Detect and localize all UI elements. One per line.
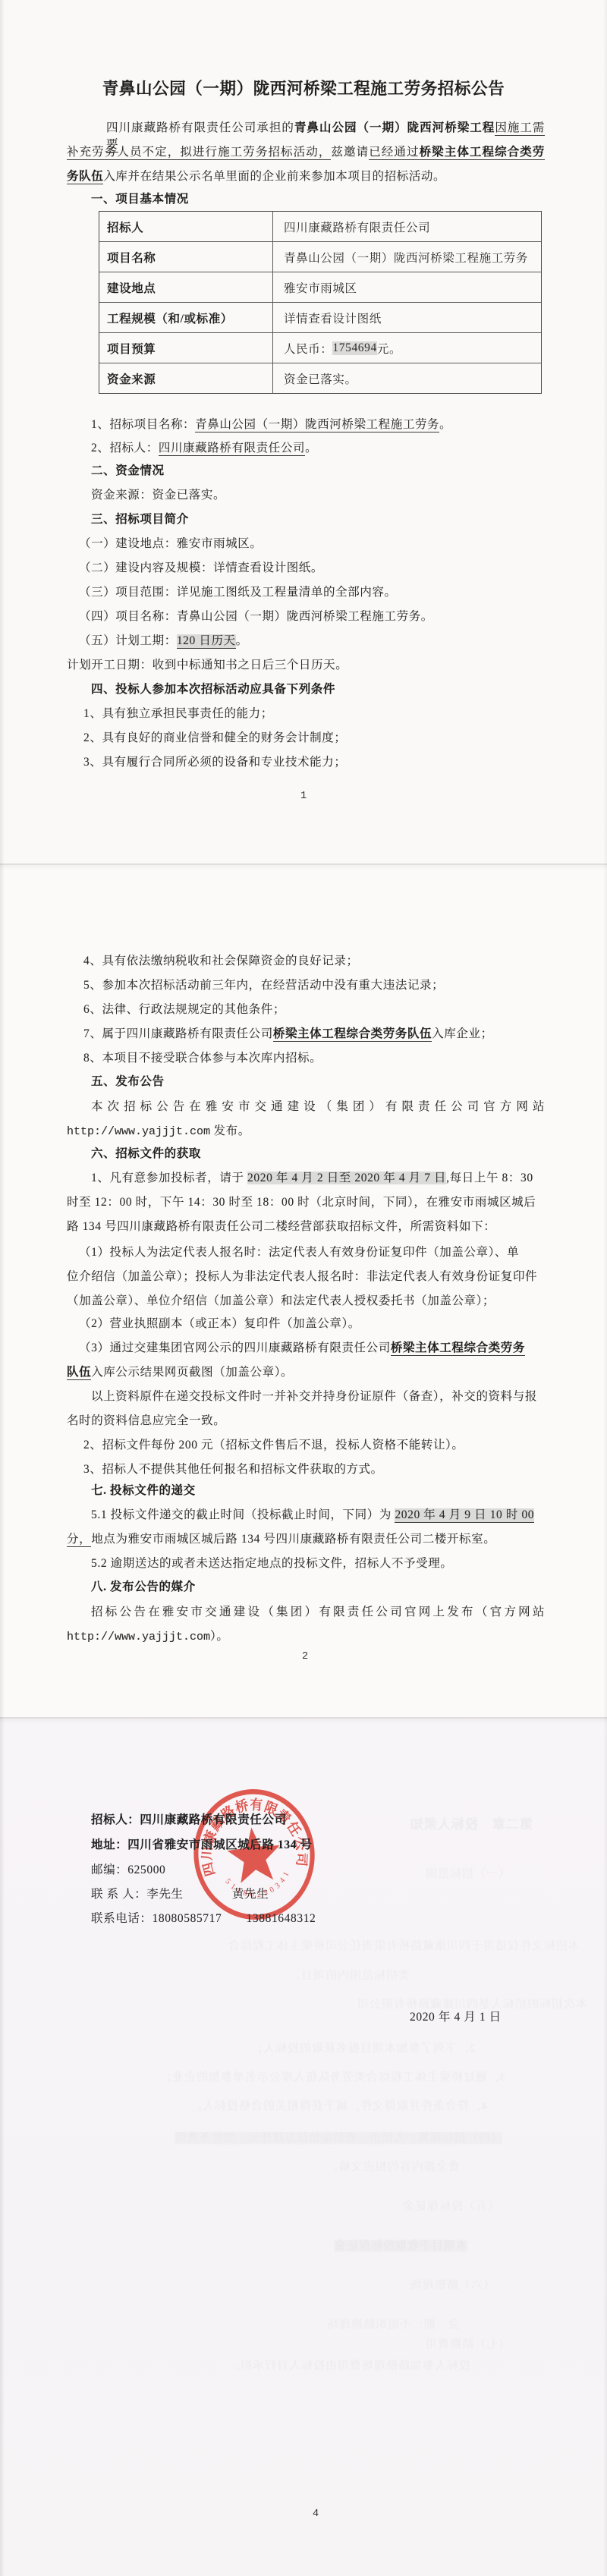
text-segment: 招标人：四川康藏路桥有限责任公司 xyxy=(91,1813,287,1826)
table-row: 项目名称青鼻山公园（一期）陇西河桥梁工程施工劳务 xyxy=(99,241,541,272)
text-segment: 八. 发布公告的媒介 xyxy=(91,1581,196,1593)
seal-star-icon xyxy=(225,1825,284,1884)
text-segment: 2020 年 4 月 9 日 10 时 00 xyxy=(395,1508,534,1523)
text-segment: 3、具有履行合同所必须的设备和专业技术能力； xyxy=(83,756,346,769)
text-segment: 8、本项目不接受联合体参与本次库内招标。 xyxy=(83,1052,322,1065)
text-line: （二）建设内容及规模：详情查看设计图纸。 xyxy=(79,560,323,577)
bleed-through-line: 本招标文件仅适用于四川康藏路桥有限责任公司桥梁主体工程综合 xyxy=(228,1937,580,1953)
text-segment: （三）项目范围：详见施工图纸及工程量清单的全部内容。 xyxy=(79,586,397,599)
text-segment: 已经通过 xyxy=(369,146,419,160)
text-line: 计划开工日期：收到中标通知书之日后三个日历天。 xyxy=(67,657,348,674)
text-segment: 2、招标人： xyxy=(91,442,159,454)
text-segment: 资金来源：资金已落实。 xyxy=(91,489,225,502)
bleed-through-line: 费全部内容的相应文稿。 xyxy=(326,2158,460,2174)
text-segment: http://www.yajjjt.com xyxy=(67,1125,210,1138)
text-line: http://www.yajjjt.com 发布。 xyxy=(67,1123,250,1140)
page-seam xyxy=(0,863,607,865)
text-line: （三）项目范围：详见施工图纸及工程量清单的全部内容。 xyxy=(79,584,397,601)
text-line: 8、本项目不接受联合体参与本次库内招标。 xyxy=(83,1050,322,1067)
text-segment: 兹邀请 xyxy=(331,146,369,159)
text-segment: 路 134 号四川康藏路桥有限责任公司二楼经营部获取招标文件，所需资料如下： xyxy=(67,1220,495,1233)
bleed-through-line: 本次招标的招标人是四川康藏路桥有限公司 xyxy=(357,1996,587,2011)
text-line: 2020 年 4 月 1 日 xyxy=(410,2009,502,2026)
text-line: 名时的资料信息应完全一致。 xyxy=(67,1413,225,1430)
text-line: （1）投标人为法定代表人报名时：法定代表人有效身份证复印件（加盖公章）、单 xyxy=(79,1244,519,1261)
text-line: 1、具有独立承担民事责任的能力； xyxy=(83,706,273,722)
text-line: 3、具有履行合同所必须的设备和专业技术能力； xyxy=(83,754,346,771)
bleed-through-line: （七）踏勘费用 xyxy=(425,2335,510,2351)
text-segment: 2、具有良好的商业信誉和健全的财务会计制度； xyxy=(83,731,346,744)
text-line: 本次招标公告在雅安市交通建设（集团）有限责任公司官方网站 xyxy=(91,1099,545,1115)
text-segment: （五）计划工期： xyxy=(79,634,177,647)
table-row-label: 项目名称 xyxy=(99,242,273,272)
text-segment: 位介绍信（加盖公章）；投标人为非法定代表人报名时：非法定代表人有效身份证复印件 xyxy=(67,1270,537,1283)
text-segment: 二、资金情况 xyxy=(91,464,165,477)
text-line: （四）项目名称：青鼻山公园（一期）陇西河桥梁工程施工劳务。 xyxy=(79,609,433,625)
text-line: 联 系 人：李先生 黄先生 xyxy=(91,1886,269,1903)
bleed-through-line: 本项目不收取投标保证金 xyxy=(334,2237,467,2253)
text-segment: 6、法律、行政法规规定的其他条件； xyxy=(83,1003,285,1016)
text-segment: 5.2 逾期送达的或者未送达指定地点的投标文件，招标人不予受理。 xyxy=(91,1557,452,1570)
text-line: 2、招标文件每份 200 元（招标文件售后不退，投标人资格不能转让）。 xyxy=(83,1437,464,1454)
text-segment: 5、参加本次招标活动前三年内，在经营活动中没有重大违法记录； xyxy=(83,979,444,992)
text-line: 招标人：四川康藏路桥有限责任公司 xyxy=(91,1812,287,1829)
text-segment: 三、招标项目简介 xyxy=(91,513,189,526)
text-line: 资金来源：资金已落实。 xyxy=(91,487,225,504)
text-line: 2、招标人：四川康藏路桥有限责任公司。 xyxy=(91,440,317,457)
text-segment: 元。 xyxy=(377,340,401,357)
text-segment: 补充劳务人员不定，拟进行施工劳务招标活动， xyxy=(67,146,331,160)
text-segment: 4、具有依法缴纳税收和社会保障资金的良好记录； xyxy=(83,955,359,967)
text-segment: 七. 投标文件的递交 xyxy=(91,1484,196,1497)
text-segment: 青鼻山公园（一期）陇西河桥梁工程施工劳务 xyxy=(195,418,439,432)
text-segment: 详情查看设计图纸 xyxy=(284,310,382,326)
text-segment: 四川康藏路桥有限责任公司 xyxy=(159,442,305,456)
text-line: （一）建设地点：雅安市雨城区。 xyxy=(79,536,263,552)
text-segment: （四）项目名称：青鼻山公园（一期）陇西河桥梁工程施工劳务。 xyxy=(79,610,433,623)
text-segment: 四川康藏路桥有限责任公司 xyxy=(284,219,430,235)
text-segment: 分， xyxy=(67,1533,91,1547)
text-line: （五）计划工期：120 日历天。 xyxy=(79,633,248,650)
text-line: 三、招标项目简介 xyxy=(91,511,189,528)
text-segment: 。 xyxy=(305,442,317,454)
text-segment: （2）营业执照副本（或正本）复印件（加盖公章）。 xyxy=(79,1317,360,1330)
text-segment: （加盖公章）、单位介绍信（加盖公章）和法定代表人授权委托书（加盖公章）； xyxy=(67,1294,495,1307)
table-row-label: 建设地点 xyxy=(99,272,273,302)
text-segment: 资金已落实。 xyxy=(284,370,357,387)
text-line: 青鼻山公园（一期）陇西河桥梁工程施工劳务招标公告 xyxy=(0,80,607,97)
text-segment: 计划开工日期：收到中标通知书之日后三个日历天。 xyxy=(67,659,348,672)
text-segment: 桥梁主体工程综合类劳 xyxy=(420,146,545,160)
text-line: 队伍入库公示结果网页截图（加盖公章）。 xyxy=(67,1364,293,1381)
text-segment: 3、招标人不提供其他任何报名和招标文件获取的方式。 xyxy=(83,1463,383,1476)
text-segment: 青鼻山公园（一期）陇西河桥梁工程施工劳务招标公告 xyxy=(102,80,505,98)
text-line: 2、具有良好的商业信誉和健全的财务会计制度； xyxy=(83,730,346,747)
text-segment: 招标公告在雅安市交通建设（集团）有限责任公司官网上发布（官方网站 xyxy=(91,1606,545,1618)
text-segment: ,每日上午 8：30 xyxy=(446,1172,533,1184)
page-number: 4 xyxy=(313,2508,319,2520)
bleed-through-line: 类招标范围内的项目。 xyxy=(288,1967,410,1983)
text-segment: 四川康藏路桥有限责任公司承担的 xyxy=(106,121,294,134)
bleed-through-line: 2、下列了参加本项目报名获取的投标人； xyxy=(250,2040,476,2055)
text-segment: 一、项目基本情况 xyxy=(91,193,189,206)
bleed-through-line: 3、通过桥梁主体工程综合类劳务队伍入库公示名单参加的企业； xyxy=(159,2068,506,2084)
text-segment: 1、招标项目名称： xyxy=(91,418,195,431)
text-segment: 1、凡有意参加投标者，请于 xyxy=(91,1172,247,1184)
bleed-through-line: 会 期：不组织踏勘现场 xyxy=(326,2316,460,2332)
bleed-through-line: 4、符合条件并取得文件，属于获得相关的合格投标人。 xyxy=(190,2097,488,2113)
page-seam xyxy=(0,1717,607,1719)
text-segment: 。 xyxy=(236,634,248,647)
text-line: （2）营业执照副本（或正本）复印件（加盖公章）。 xyxy=(79,1316,360,1332)
table-row-value: 人民币：1754694 元。 xyxy=(273,333,541,363)
text-segment: 5.1 投标文件递交的截止时间（投标截止时间，下同）为 xyxy=(91,1508,395,1521)
text-line: 八. 发布公告的媒介 xyxy=(91,1579,196,1596)
text-line: 时至 12：00 时，下午 14：30 时至 18：00 时（北京时间，下同），… xyxy=(67,1194,536,1211)
text-segment: 名时的资料信息应完全一致。 xyxy=(67,1414,225,1427)
text-segment: 7、属于四川康藏路桥有限责任公司 xyxy=(83,1027,273,1040)
text-line: 五、发布公告 xyxy=(91,1074,165,1090)
text-segment: 桥梁主体工程综合类劳务队伍 xyxy=(273,1027,432,1042)
text-line: 地址：四川省雅安市雨城区城后路 134 号 xyxy=(91,1837,313,1854)
table-row: 招标人四川康藏路桥有限责任公司 xyxy=(99,212,541,241)
table-row-label: 工程规模（和/或标准） xyxy=(99,303,273,332)
text-segment: 雅安市雨城区 xyxy=(284,279,357,296)
bleed-through-line: 第二章 投标人须知 xyxy=(410,1813,533,1832)
scanned-document-canvas: 四川康藏路桥有限责任公司 5118025034105 青鼻山公园（一期）陇西河桥… xyxy=(0,0,607,2576)
text-segment: 120 日历天 xyxy=(177,634,236,649)
text-line: 补充劳务人员不定，拟进行施工劳务招标活动，兹邀请已经通过桥梁主体工程综合类劳 xyxy=(67,144,545,161)
text-segment: 六、招标文件的获取 xyxy=(91,1147,201,1160)
text-segment: ）。 xyxy=(210,1630,228,1643)
text-segment: 本次招标公告在雅安市交通建设（集团）有限责任公司官方网站 xyxy=(91,1100,545,1113)
text-line: 联系电话：18080585717 13881648312 xyxy=(91,1911,316,1927)
text-segment: 以上资料原件在递交投标文件时一并补交并持身份证原件（备查），补交的资料与报 xyxy=(91,1390,537,1403)
text-segment: 联系电话：18080585717 13881648312 xyxy=(91,1912,316,1925)
table-row: 项目预算人民币：1754694 元。 xyxy=(99,332,541,363)
table-row-value: 详情查看设计图纸 xyxy=(273,303,541,332)
text-segment: 青鼻山公园（一期）陇西河桥梁工程 xyxy=(294,121,495,134)
text-line: （3）通过交建集团官网公示的四川康藏路桥有限责任公司桥梁主体工程综合类劳务 xyxy=(79,1340,525,1357)
text-line: 分，地点为雅安市雨城区城后路 134 号四川康藏路桥有限责任公司二楼开标室。 xyxy=(67,1531,495,1548)
table-row-value: 雅安市雨城区 xyxy=(273,272,541,302)
text-line: 一、项目基本情况 xyxy=(91,191,189,208)
project-info-table: 招标人四川康藏路桥有限责任公司项目名称青鼻山公园（一期）陇西河桥梁工程施工劳务建… xyxy=(99,211,542,394)
bleed-through-line: （六）踏勘现场 xyxy=(410,2276,495,2292)
text-line: 以上资料原件在递交投标文件时一并补交并持身份证原件（备查），补交的资料与报 xyxy=(91,1389,537,1405)
text-line: 招标公告在雅安市交通建设（集团）有限责任公司官网上发布（官方网站 xyxy=(91,1604,545,1621)
text-segment: 邮编：625000 xyxy=(91,1864,165,1876)
page-number: 1 xyxy=(300,791,307,802)
text-segment: http://www.yajjjt.com xyxy=(67,1631,210,1643)
text-segment: （1）投标人为法定代表人报名时：法定代表人有效身份证复印件（加盖公章）、单 xyxy=(79,1246,519,1259)
text-line: 六、招标文件的获取 xyxy=(91,1146,201,1162)
text-line: http://www.yajjjt.com）。 xyxy=(67,1628,228,1646)
text-segment: 2020 年 4 月 2 日至 2020 年 4 月 7 日 xyxy=(247,1172,446,1184)
text-segment: 时至 12：00 时，下午 14：30 时至 18：00 时（北京时间，下同），… xyxy=(67,1196,536,1209)
text-line: 路 134 号四川康藏路桥有限责任公司二楼经营部获取招标文件，所需资料如下： xyxy=(67,1219,495,1235)
bleed-through-line: 投标人参加踏勘现场费用由投标人自行承担。 xyxy=(228,2357,470,2373)
table-row-value: 资金已落实。 xyxy=(273,363,541,393)
text-line: 七. 投标文件的递交 xyxy=(91,1483,196,1499)
text-segment: 五、发布公告 xyxy=(91,1075,165,1088)
text-line: 3、招标人不提供其他任何报名和招标文件获取的方式。 xyxy=(83,1461,383,1478)
bleed-through-line: （五）投标保证金 xyxy=(402,2197,499,2213)
table-row: 资金来源资金已落实。 xyxy=(99,363,541,393)
text-line: 二、资金情况 xyxy=(91,463,165,480)
text-line: 1、招标项目名称：青鼻山公园（一期）陇西河桥梁工程施工劳务。 xyxy=(91,417,451,433)
text-segment: 发布。 xyxy=(210,1124,250,1137)
text-segment: 桥梁主体工程综合类劳务 xyxy=(391,1341,525,1356)
text-line: 5.2 逾期送达的或者未送达指定地点的投标文件，招标人不予受理。 xyxy=(91,1555,452,1572)
text-segment: 1、具有独立承担民事责任的能力； xyxy=(83,707,273,720)
text-segment: 青鼻山公园（一期）陇西河桥梁工程施工劳务 xyxy=(284,249,528,266)
text-line: 1、凡有意参加投标者，请于 2020 年 4 月 2 日至 2020 年 4 月… xyxy=(91,1170,533,1187)
page-number: 2 xyxy=(302,1651,308,1662)
text-segment: 地址：四川省雅安市雨城区城后路 134 号 xyxy=(91,1838,313,1851)
text-line: 7、属于四川康藏路桥有限责任公司桥梁主体工程综合类劳务队伍入库企业； xyxy=(83,1026,493,1043)
text-segment: 2、招标文件每份 200 元（招标文件售后不退，投标人资格不能转让）。 xyxy=(83,1439,464,1452)
table-row-value: 青鼻山公园（一期）陇西河桥梁工程施工劳务 xyxy=(273,242,541,272)
text-line: 4、具有依法缴纳税收和社会保障资金的良好记录； xyxy=(83,953,359,970)
text-segment: （一）建设地点：雅安市雨城区。 xyxy=(79,537,263,550)
text-segment: （二）建设内容及规模：详情查看设计图纸。 xyxy=(79,561,323,574)
company-seal-stamp: 四川康藏路桥有限责任公司 5118025034105 xyxy=(181,1776,328,1932)
text-segment: 2020 年 4 月 1 日 xyxy=(410,2011,502,2024)
text-line: 务队伍入库并在结果公示名单里面的企业前来参加本项目的招标活动。 xyxy=(67,168,445,185)
table-row: 建设地点雅安市雨城区 xyxy=(99,272,541,302)
text-line: 5.1 投标文件递交的截止时间（投标截止时间，下同）为 2020 年 4 月 9… xyxy=(91,1507,534,1524)
text-line: 6、法律、行政法规规定的其他条件； xyxy=(83,1002,285,1018)
scan-left-edge-shadow xyxy=(0,0,5,2576)
table-row-label: 招标人 xyxy=(99,212,273,241)
bleed-through-line: （四）招标预算：人民币 壹佰柒拾伍万肆仟元 的劳务费用 xyxy=(175,2129,502,2145)
text-line: （加盖公章）、单位介绍信（加盖公章）和法定代表人授权委托书（加盖公章）； xyxy=(67,1293,495,1310)
text-segment: 地点为雅安市雨城区城后路 134 号四川康藏路桥有限责任公司二楼开标室。 xyxy=(91,1533,495,1546)
bleed-through-line: （一）招标范围 xyxy=(425,1865,510,1881)
text-line: 四、投标人参加本次招标活动应具备下列条件 xyxy=(91,681,335,698)
scan-right-edge-shadow xyxy=(603,0,607,2576)
text-segment: 务队伍 xyxy=(67,170,103,184)
text-segment: （3）通过交建集团官网公示的四川康藏路桥有限责任公司 xyxy=(79,1341,391,1354)
table-row-label: 项目预算 xyxy=(99,333,273,363)
text-line: 位介绍信（加盖公章）；投标人为非法定代表人报名时：非法定代表人有效身份证复印件 xyxy=(67,1269,537,1285)
text-segment: 联 系 人：李先生 黄先生 xyxy=(91,1888,269,1901)
text-segment: 入库公示结果网页截图（加盖公章）。 xyxy=(91,1366,293,1379)
text-segment: 。 xyxy=(439,418,451,431)
text-segment: 入库并在结果公示名单里面的企业前来参加本项目的招标活动。 xyxy=(103,170,445,183)
text-segment: 四、投标人参加本次招标活动应具备下列条件 xyxy=(91,683,335,696)
text-line: 5、参加本次招标活动前三年内，在经营活动中没有重大违法记录； xyxy=(83,977,444,994)
table-row-value: 四川康藏路桥有限责任公司 xyxy=(273,212,541,241)
text-line: 邮编：625000 xyxy=(91,1862,165,1879)
table-row-label: 资金来源 xyxy=(99,363,273,393)
text-segment: 1754694 xyxy=(332,341,376,355)
text-segment: 入库企业； xyxy=(432,1027,493,1040)
text-segment: 队伍 xyxy=(67,1366,91,1380)
table-row: 工程规模（和/或标准）详情查看设计图纸 xyxy=(99,302,541,332)
text-segment: 人民币： xyxy=(284,340,332,357)
